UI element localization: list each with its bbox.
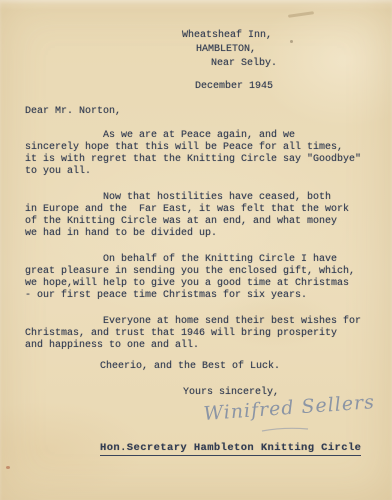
address-line: Near Selby. xyxy=(182,57,392,71)
paragraph-line: Everyone at home send their best wishes … xyxy=(25,316,384,328)
paragraph-4: Everyone at home send their best wishes … xyxy=(25,316,384,352)
sign-off-line: Cheerio, and the Best of Luck. xyxy=(100,361,384,373)
salutation: Dear Mr. Norton, xyxy=(25,106,384,118)
sender-address: Wheatsheaf Inn, HAMBLETON, Near Selby. xyxy=(182,29,392,71)
paper-speck xyxy=(6,466,10,469)
paragraph-3: On behalf of the Knitting Circle I have … xyxy=(25,254,384,302)
sign-off: Cheerio, and the Best of Luck. xyxy=(100,361,384,373)
paragraph-line: sincerely hope that this will be Peace f… xyxy=(25,142,384,154)
address-line: Wheatsheaf Inn, xyxy=(182,29,392,43)
paragraph-line: we had in hand to be divided up. xyxy=(25,228,384,240)
paragraph-2: Now that hostilities have ceased, both i… xyxy=(25,192,384,240)
paragraph-line: Christmas, and trust that 1946 will brin… xyxy=(25,328,384,340)
paragraph-line: to you all. xyxy=(25,166,384,178)
paragraph-line: in Europe and the Far East, it was felt … xyxy=(25,204,384,216)
paragraph-line: and happiness to one and all. xyxy=(25,340,384,352)
signature-handwriting: Winifred Sellers xyxy=(200,392,380,438)
paragraph-line: As we are at Peace again, and we xyxy=(25,130,384,142)
paragraph-line: great pleasure in sending you the enclos… xyxy=(25,266,384,278)
paper-scratch-mark xyxy=(288,11,314,18)
paragraph-line: it is with regret that the Knitting Circ… xyxy=(25,154,384,166)
date-line: December 1945 xyxy=(195,81,384,93)
paragraph-line: - our first peace time Christmas for six… xyxy=(25,290,384,302)
footer-title: Hon.Secretary Hambleton Knitting Circle xyxy=(100,437,361,456)
paragraph-line: Now that hostilities have ceased, both xyxy=(25,192,384,204)
paragraph-line: we hope,will help to give you a good tim… xyxy=(25,278,384,290)
signature-underline-stroke xyxy=(262,428,308,431)
paragraph-1: As we are at Peace again, and we sincere… xyxy=(25,130,384,178)
salutation-line: Dear Mr. Norton, xyxy=(25,106,384,118)
address-line: HAMBLETON, xyxy=(182,43,392,57)
paragraph-line: of the Knitting Circle was at an end, an… xyxy=(25,216,384,228)
letter-date: December 1945 xyxy=(195,81,384,93)
signature-text: Winifred Sellers xyxy=(203,392,376,425)
paragraph-line: On behalf of the Knitting Circle I have xyxy=(25,254,384,266)
footer-title-text: Hon.Secretary Hambleton Knitting Circle xyxy=(100,442,361,456)
letter-paper: Wheatsheaf Inn, HAMBLETON, Near Selby. D… xyxy=(0,0,392,500)
